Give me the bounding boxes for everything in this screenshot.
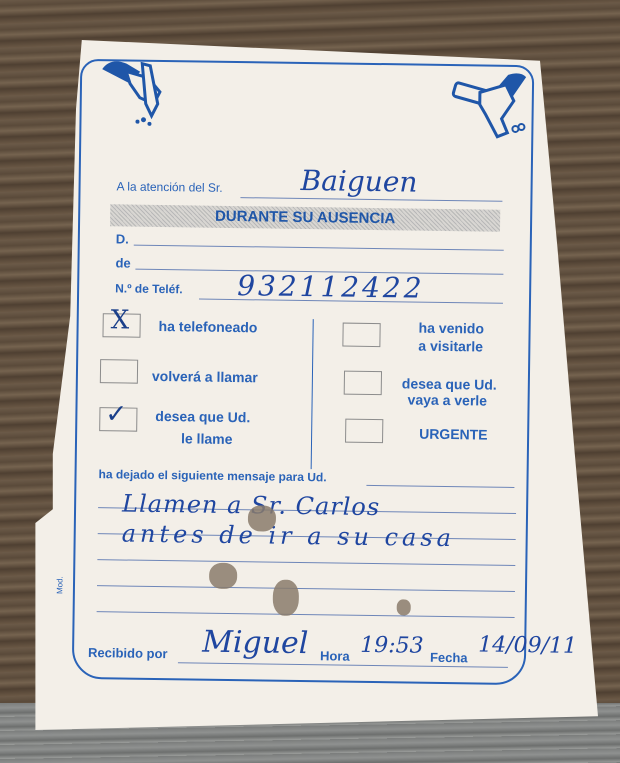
le-llame-label-2: le llame <box>181 430 233 447</box>
desea-que-ud-label-1: desea que Ud. <box>155 408 250 425</box>
checkbox-desea-que-vaya[interactable] <box>344 371 382 396</box>
ha-telefoneado-label: ha telefoneado <box>159 318 258 335</box>
de-label: de <box>115 255 130 270</box>
memo-form: A la atención del Sr. Baiguen DURANTE SU… <box>72 59 535 685</box>
hand-writing-pen-icon <box>99 57 170 128</box>
check-mark-icon: ✓ <box>105 399 127 429</box>
message-line-0 <box>366 485 514 488</box>
hand-holding-phone-icon <box>449 70 530 141</box>
phone-label: N.º de Teléf. <box>115 281 183 296</box>
attention-label: A la atención del Sr. <box>116 179 222 194</box>
message-text-line-2[interactable]: antes de ir a su casa <box>122 519 456 552</box>
column-divider <box>311 319 314 469</box>
volvera-a-llamar-label: volverá a llamar <box>152 368 258 385</box>
phone-value[interactable]: 932112422 <box>237 269 425 305</box>
stain <box>248 505 276 531</box>
vaya-a-verle-label-4: vaya a verle <box>408 391 488 408</box>
message-label: ha dejado el siguiente mensaje para Ud. <box>98 467 326 484</box>
desea-que-ud-label-3: desea que Ud. <box>402 375 497 392</box>
time-value[interactable]: 19:53 <box>360 633 424 659</box>
date-label: Fecha <box>430 650 468 666</box>
date-value[interactable]: 14/09/11 <box>478 632 577 658</box>
message-line-4 <box>97 585 515 592</box>
ha-venido-label-1: ha venido <box>419 320 485 337</box>
x-mark-icon: X <box>110 305 129 335</box>
a-visitarle-label-2: a visitarle <box>418 338 483 355</box>
checkbox-ha-venido[interactable] <box>342 323 380 348</box>
model-label: Mod. <box>55 576 64 594</box>
stain <box>273 580 300 616</box>
message-line-3 <box>97 559 515 566</box>
urgente-label: URGENTE <box>419 426 488 443</box>
received-value[interactable]: Miguel <box>202 625 309 661</box>
stain <box>209 563 237 589</box>
checkbox-volvera-a-llamar[interactable] <box>100 359 138 384</box>
d-label: D. <box>116 231 129 246</box>
absence-banner: DURANTE SU AUSENCIA <box>110 204 500 231</box>
received-label: Recibido por <box>88 645 168 661</box>
stain <box>397 599 411 615</box>
checkbox-urgente[interactable] <box>345 419 383 444</box>
d-field[interactable] <box>134 245 504 251</box>
message-line-5 <box>97 611 515 618</box>
attention-value[interactable]: Baiguen <box>300 164 417 199</box>
time-label: Hora <box>320 648 350 663</box>
